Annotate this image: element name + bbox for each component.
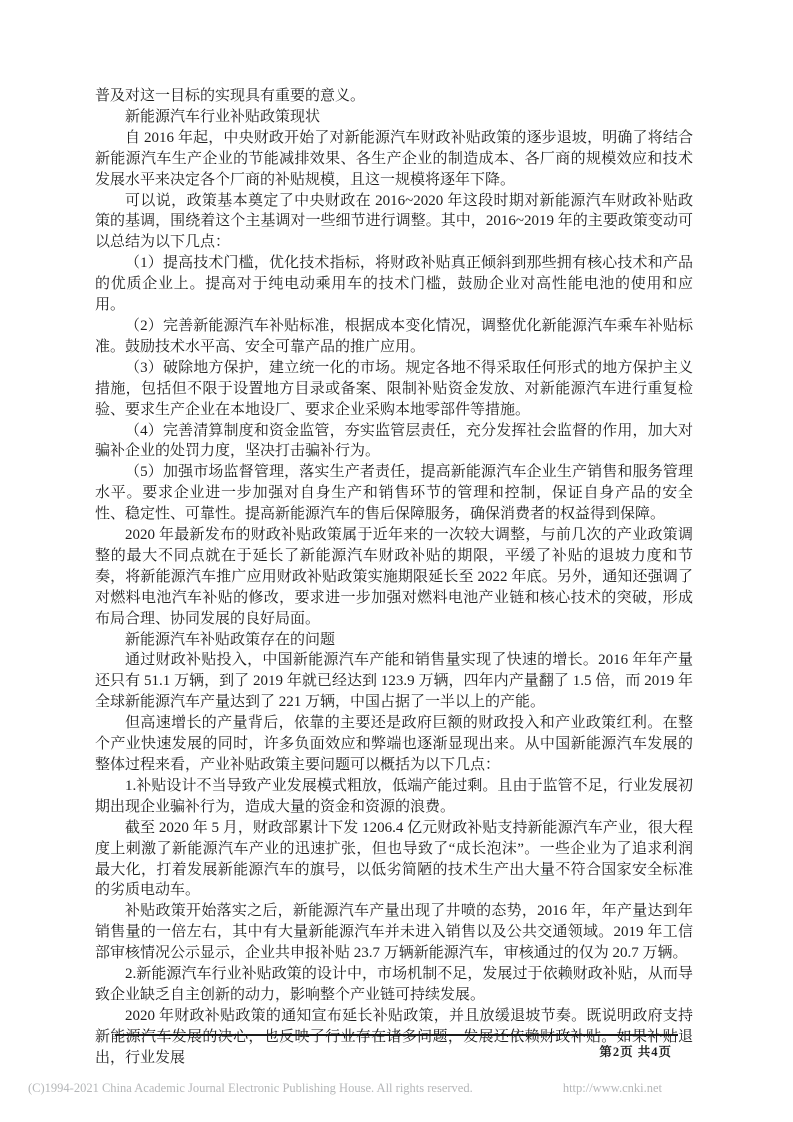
footer-divider [115,1034,678,1036]
paragraph: （5）加强市场监督管理，落实生产者责任，提高新能源汽车企业生产销售和服务管理水平… [95,462,693,525]
page-body-text: 普及对这一目标的实现具有重要的意义。新能源汽车行业补贴政策现状自 2016 年起… [95,86,693,1069]
watermark: (C)1994-2021 China Academic Journal Elec… [28,1081,662,1096]
paragraph: 普及对这一目标的实现具有重要的意义。 [95,86,693,107]
paragraph: 2020 年最新发布的财政补贴政策属于近年来的一次较大调整，与前几次的产业政策调… [95,525,693,630]
paragraph: 通过财政补贴投入，中国新能源汽车产能和销售量实现了快速的增长。2016 年年产量… [95,650,693,713]
paragraph: 可以说，政策基本奠定了中央财政在 2016~2020 年这段时期对新能源汽车财政… [95,191,693,254]
paragraph: （4）完善清算制度和资金监管，夯实监管层责任，充分发挥社会监督的作用，加大对骗补… [95,421,693,463]
paragraph: 2.新能源汽车行业补贴政策的设计中，市场机制不足，发展过于依赖财政补贴，从而导致… [95,964,693,1006]
paragraph: 1.补贴设计不当导致产业发展模式粗放，低端产能过剩。且由于监管不足，行业发展初期… [95,776,693,818]
paragraph: 但高速增长的产量背后，依靠的主要还是政府巨额的财政投入和产业政策红利。在整个产业… [95,713,693,776]
paragraph: （3）破除地方保护，建立统一化的市场。规定各地不得采取任何形式的地方保护主义措施… [95,358,693,421]
section-heading: 新能源汽车补贴政策存在的问题 [95,630,693,651]
paragraph: 自 2016 年起，中央财政开始了对新能源汽车财政补贴政策的逐步退坡，明确了将结… [95,128,693,191]
paragraph: （2）完善新能源汽车补贴标准，根据成本变化情况，调整优化新能源汽车乘车补贴标准。… [95,316,693,358]
document-page: 普及对这一目标的实现具有重要的意义。新能源汽车行业补贴政策现状自 2016 年起… [0,0,793,1122]
page-number: 第2页 共4页 [599,1042,672,1060]
section-heading: 新能源汽车行业补贴政策现状 [95,107,693,128]
paragraph: 补贴政策开始落实之后，新能源汽车产量出现了井喷的态势，2016 年，年产量达到年… [95,901,693,964]
paragraph: （1）提高技术门槛，优化技术指标，将财政补贴真正倾斜到那些拥有核心技术和产品的优… [95,253,693,316]
watermark-url: http://www.cnki.net [563,1081,662,1096]
paragraph: 截至 2020 年 5 月，财政部累计下发 1206.4 亿元财政补贴支持新能源… [95,818,693,902]
watermark-copyright: (C)1994-2021 China Academic Journal Elec… [28,1081,473,1096]
